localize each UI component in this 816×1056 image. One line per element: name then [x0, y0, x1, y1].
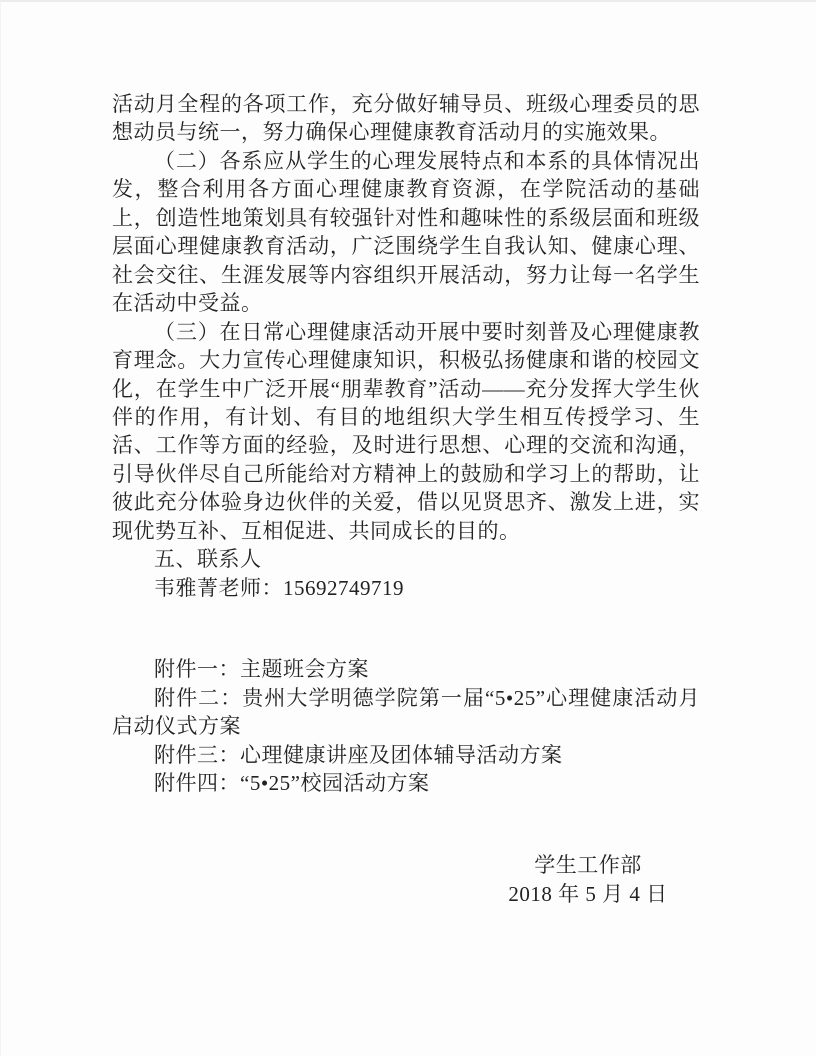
contact-phone-line: 韦雅菁老师：15692749719	[112, 574, 700, 602]
document-page: 活动月全程的各项工作，充分做好辅导员、班级心理委员的思想动员与统一，努力确保心理…	[0, 0, 816, 1056]
attachment-item-1: 附件一：主题班会方案	[112, 655, 700, 683]
body-paragraph-item-2: （二）各系应从学生的心理发展特点和本系的具体情况出发，整合利用各方面心理健康教育…	[112, 147, 700, 318]
signature-block: 学生工作部 2018 年 5 月 4 日	[498, 851, 678, 908]
signature-date: 2018 年 5 月 4 日	[498, 880, 678, 908]
body-paragraph-continuation: 活动月全程的各项工作，充分做好辅导员、班级心理委员的思想动员与统一，努力确保心理…	[112, 90, 700, 147]
contact-section-heading: 五、联系人	[112, 545, 700, 573]
attachments-list: 附件一：主题班会方案 附件二：贵州大学明德学院第一届“5•25”心理健康活动月启…	[112, 655, 700, 797]
attachment-item-3: 附件三：心理健康讲座及团体辅导活动方案	[112, 741, 700, 769]
attachment-item-2: 附件二：贵州大学明德学院第一届“5•25”心理健康活动月启动仪式方案	[112, 684, 700, 741]
signature-department: 学生工作部	[498, 851, 678, 879]
body-paragraph-item-3: （三）在日常心理健康活动开展中要时刻普及心理健康教育理念。大力宣传心理健康知识，…	[112, 318, 700, 546]
attachment-item-4: 附件四：“5•25”校园活动方案	[112, 769, 700, 797]
